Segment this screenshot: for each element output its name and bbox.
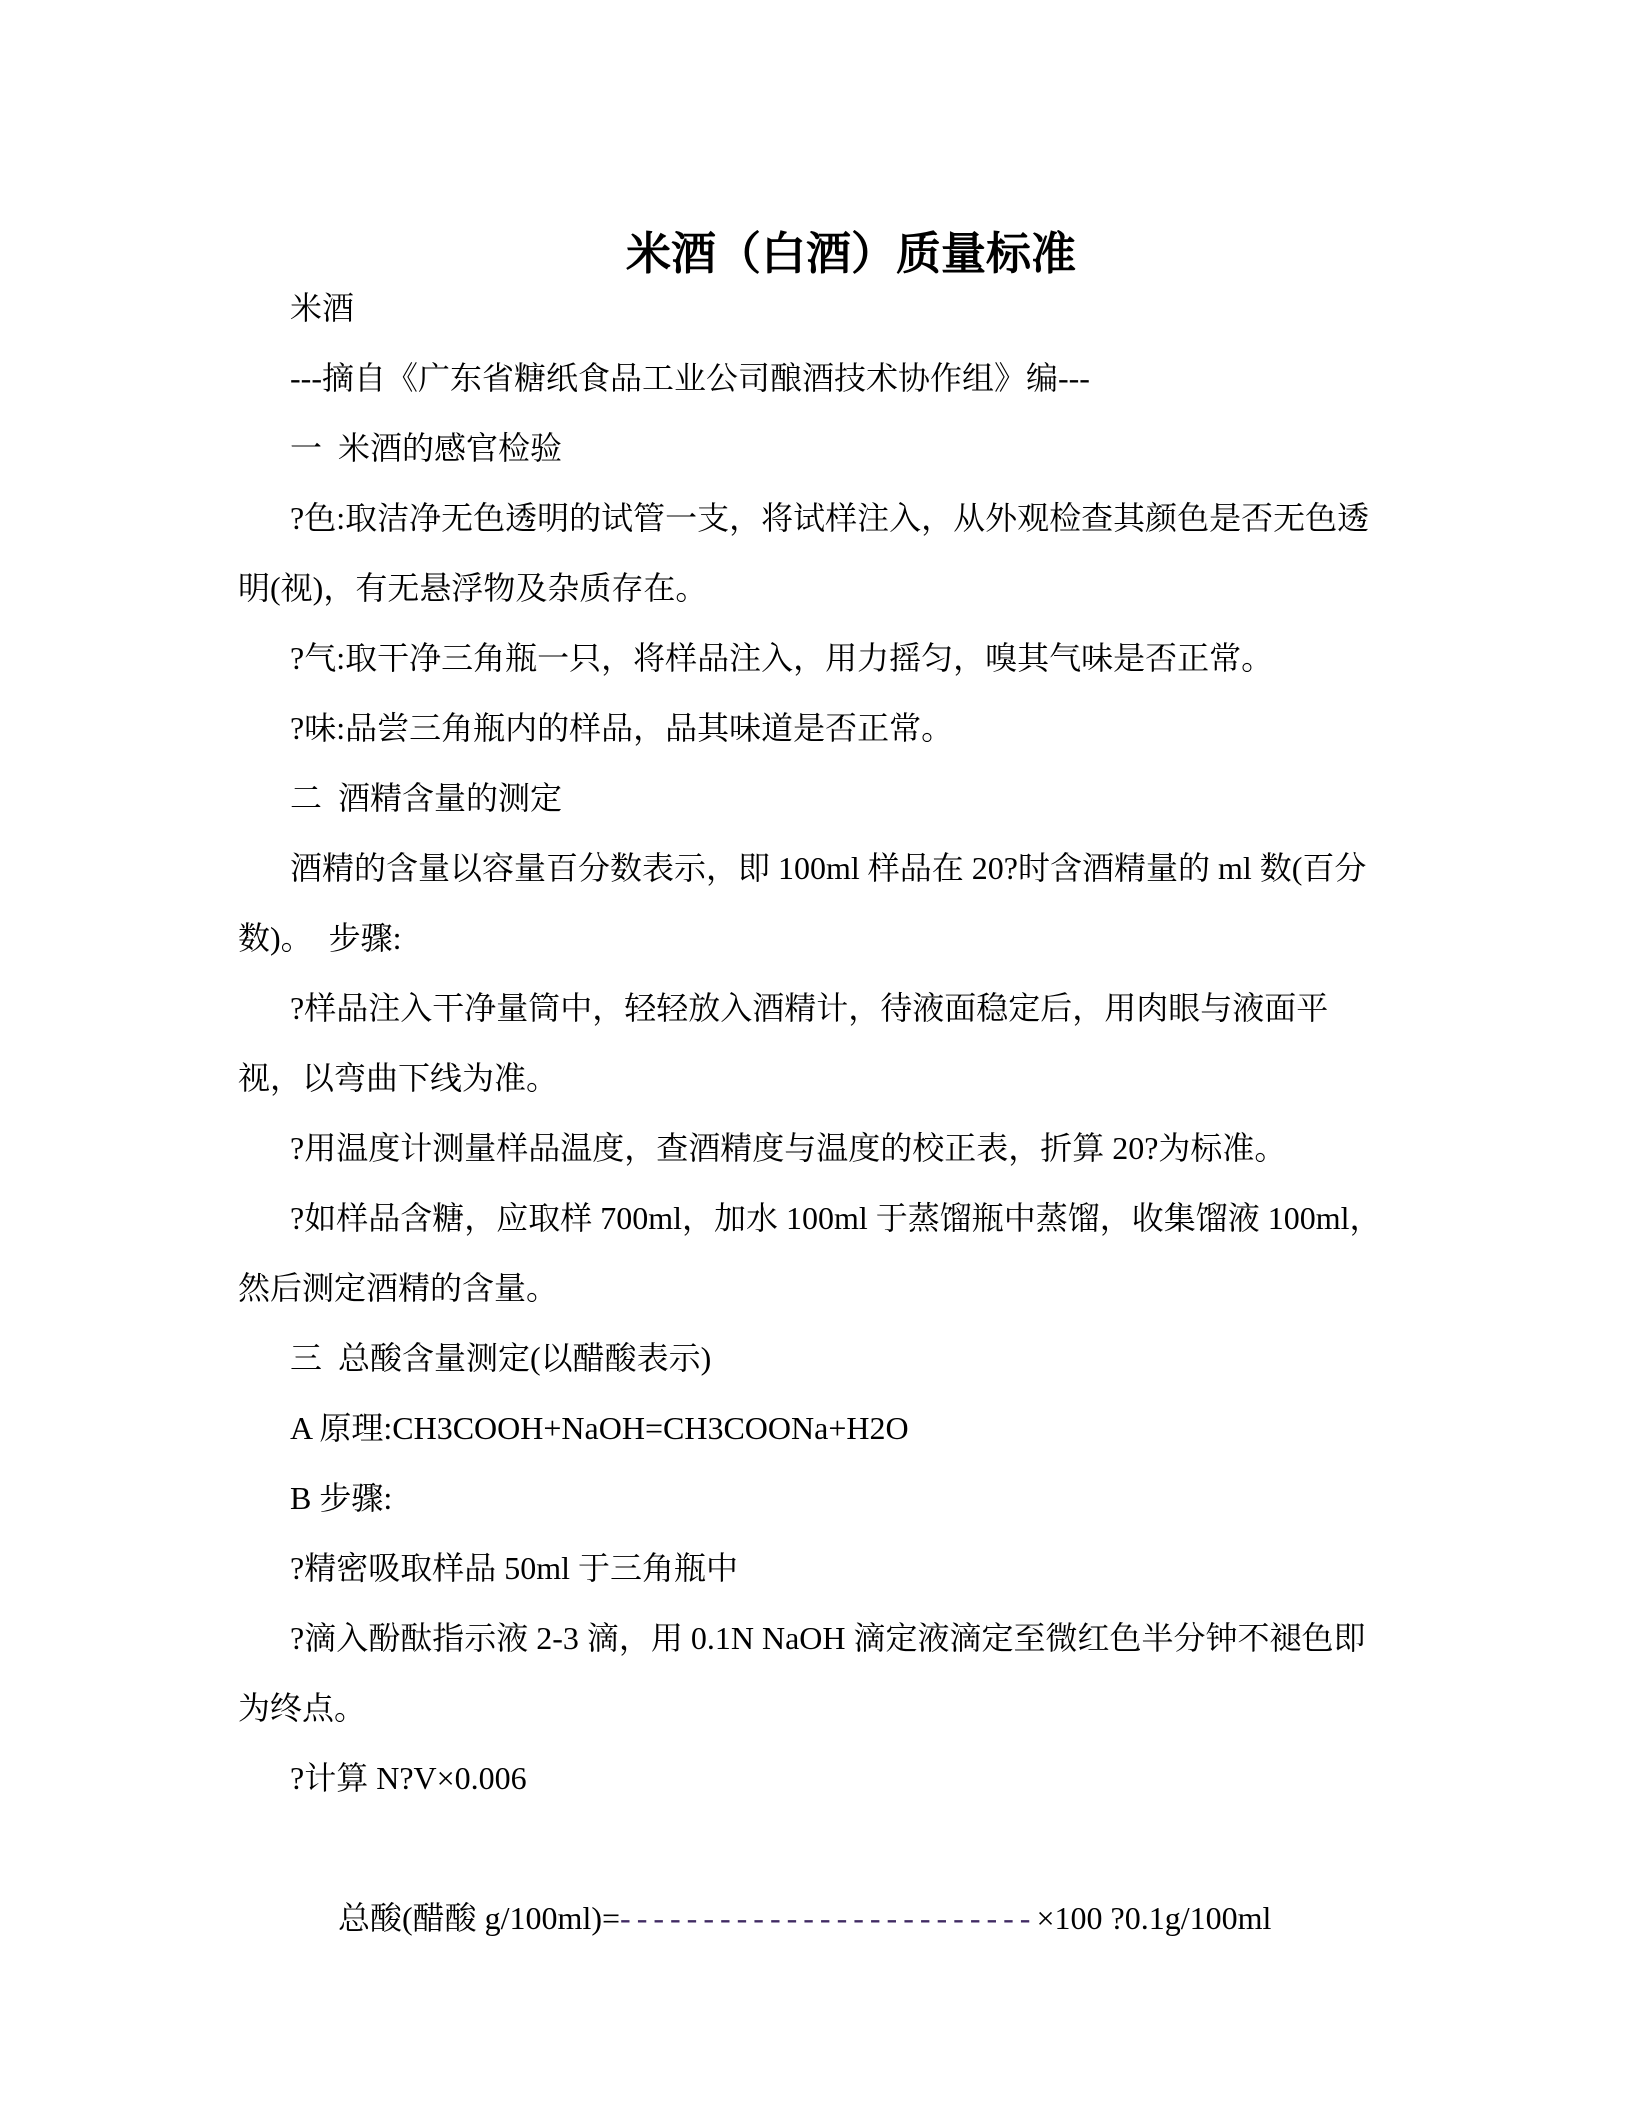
text-line: ?气:取干净三角瓶一只，将样品注入，用力摇匀，嗅其气味是否正常。 xyxy=(238,623,1408,693)
text-line: ?样品注入干净量筒中，轻轻放入酒精计，待液面稳定后，用肉眼与液面平 xyxy=(238,973,1408,1043)
text-line: ?如样品含糖，应取样 700ml，加水 100ml 于蒸馏瓶中蒸馏，收集馏液 1… xyxy=(238,1183,1408,1253)
text-line-section-3-heading: 三 总酸含量测定(以醋酸表示) xyxy=(238,1323,1408,1393)
text-line: ?计算 N?V×0.006 xyxy=(238,1743,1408,1813)
text-line: 明(视)，有无悬浮物及杂质存在。 xyxy=(238,553,1408,623)
formula-suffix: ×100 ?0.1g/100ml xyxy=(1036,1900,1271,1936)
text-line: ?用温度计测量样品温度，查酒精度与温度的校正表，折算 20?为标准。 xyxy=(238,1113,1408,1183)
text-line: ?精密吸取样品 50ml 于三角瓶中 xyxy=(238,1533,1408,1603)
text-line: ?滴入酚酞指示液 2-3 滴，用 0.1N NaOH 滴定液滴定至微红色半分钟不… xyxy=(238,1603,1408,1673)
text-line: ?色:取洁净无色透明的试管一支，将试样注入，从外观检查其颜色是否无色透 xyxy=(238,483,1408,553)
text-line: 为终点。 xyxy=(238,1673,1408,1743)
text-line: 米酒 xyxy=(238,273,1408,343)
text-line: 酒精的含量以容量百分数表示，即 100ml 样品在 20?时含酒精量的 ml 数… xyxy=(238,833,1408,903)
document-page: 米酒（白酒）质量标准 米酒 ---摘自《广东省糖纸食品工业公司酿酒技术协作组》编… xyxy=(0,0,1632,2112)
text-line-section-2-heading: 二 酒精含量的测定 xyxy=(238,763,1408,833)
document-body: 米酒 ---摘自《广东省糖纸食品工业公司酿酒技术协作组》编--- 一 米酒的感官… xyxy=(238,273,1408,1883)
formula-line: 总酸(醋酸 g/100ml)=-------------------------… xyxy=(238,1813,1408,1883)
text-line: 数)。 步骤: xyxy=(238,903,1408,973)
formula-prefix: 总酸(醋酸 g/100ml)= xyxy=(338,1900,620,1936)
text-line-section-1-heading: 一 米酒的感官检验 xyxy=(238,413,1408,483)
text-line: ?味:品尝三角瓶内的样品，品其味道是否正常。 xyxy=(238,693,1408,763)
text-line: 然后测定酒精的含量。 xyxy=(238,1253,1408,1323)
text-line-chemical-equation: A 原理:CH3COOH+NaOH=CH3COONa+H2O xyxy=(238,1393,1408,1463)
text-line-source-credit: ---摘自《广东省糖纸食品工业公司酿酒技术协作组》编--- xyxy=(238,343,1408,413)
text-line: 视，以弯曲下线为准。 xyxy=(238,1043,1408,1113)
formula-dash-line: ------------------------- xyxy=(620,1900,1036,1936)
text-line: B 步骤: xyxy=(238,1463,1408,1533)
